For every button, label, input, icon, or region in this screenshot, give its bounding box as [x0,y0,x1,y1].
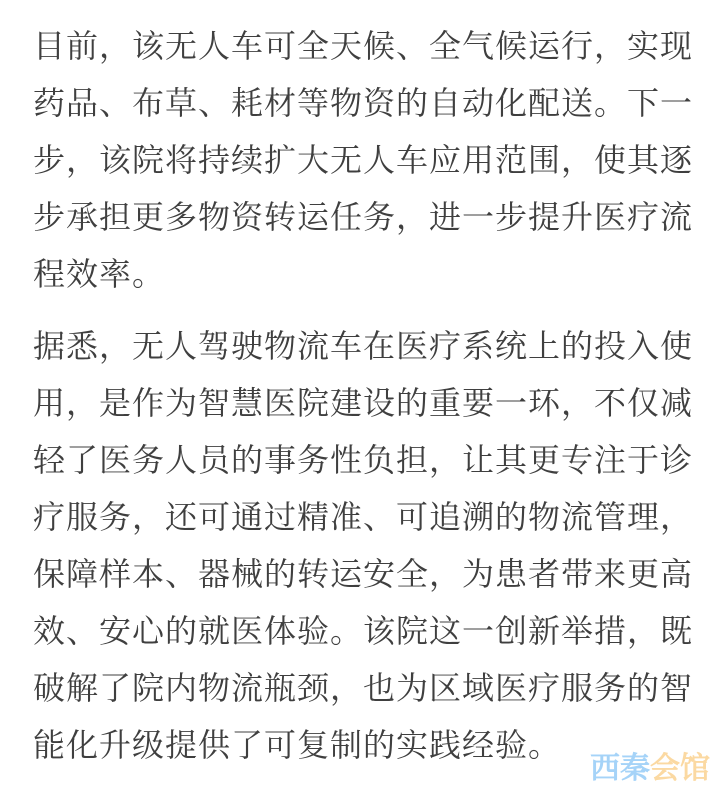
article-body: 目前，该无人车可全天候、全气候运行，实现药品、布草、耗材等物资的自动化配送。下一… [33,18,695,774]
watermark-text-part2: 会馆 [650,752,710,785]
paragraph: 据悉，无人驾驶物流车在医疗系统上的投入使用，是作为智慧医院建设的重要一环，不仅减… [33,318,695,774]
watermark-text-part1: 西秦 [590,752,650,785]
paragraph: 目前，该无人车可全天候、全气候运行，实现药品、布草、耗材等物资的自动化配送。下一… [33,18,695,303]
watermark: 西秦会馆 [590,754,710,784]
